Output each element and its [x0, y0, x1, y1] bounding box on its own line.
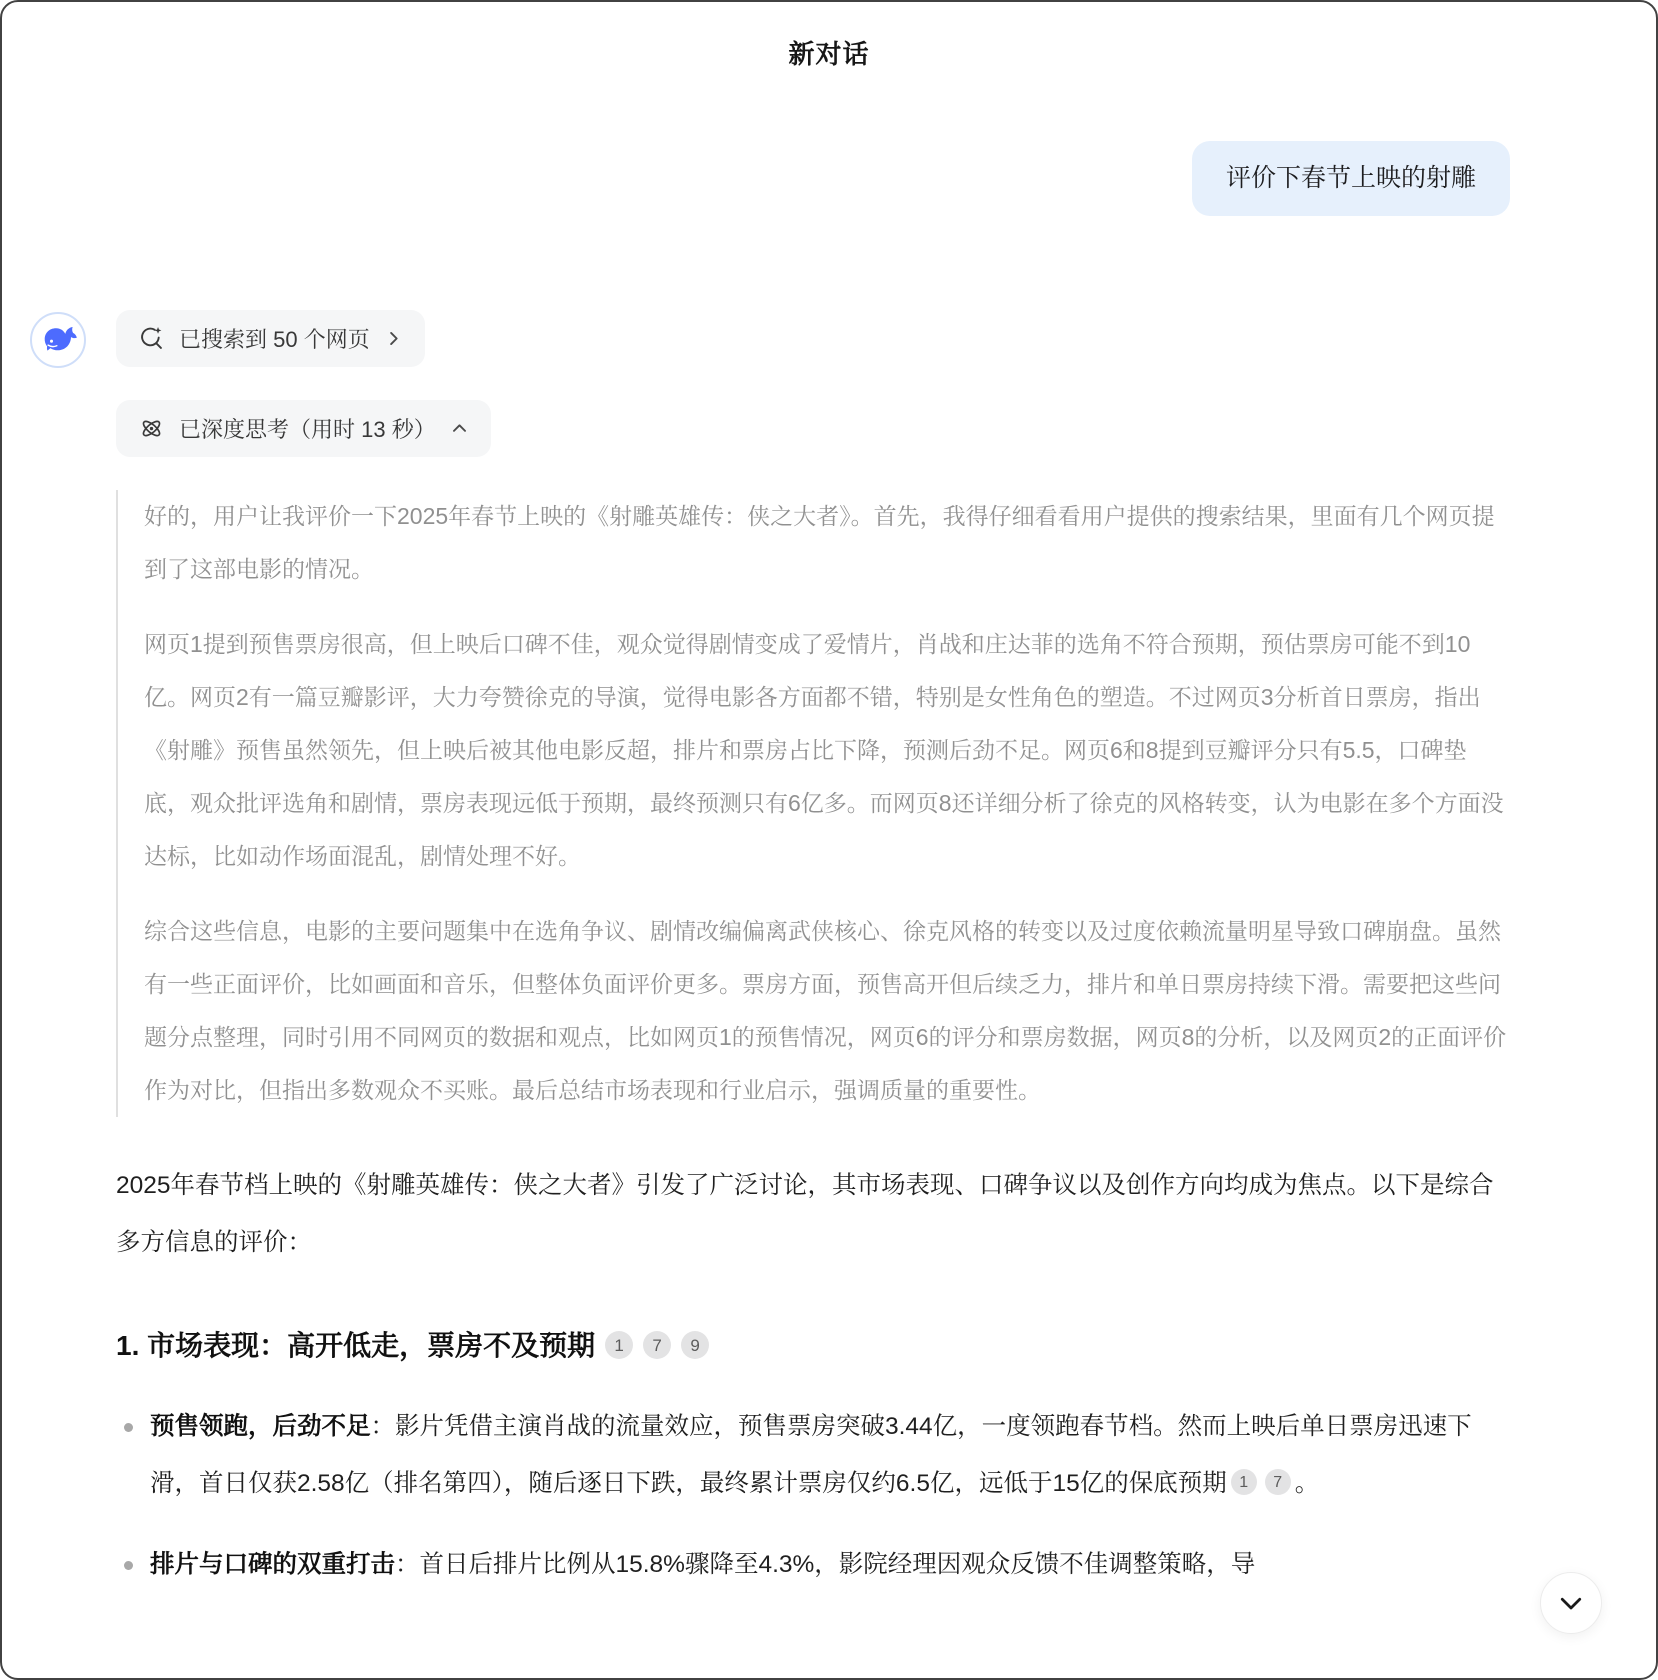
bullet-bold-text: 排片与口碑的双重打击: [150, 1551, 395, 1578]
thinking-paragraph: 综合这些信息，电影的主要问题集中在选角争议、剧情改编偏离武侠核心、徐克风格的转变…: [144, 905, 1510, 1117]
assistant-content: 已搜索到 50 个网页 已深度思考（用时 13 秒）: [116, 310, 1510, 1593]
user-message-row: 评价下春节上映的射雕: [2, 141, 1656, 216]
citation-badge[interactable]: 9: [681, 1331, 709, 1359]
thinking-paragraph: 网页1提到预售票房很高，但上映后口碑不佳，观众觉得剧情变成了爱情片，肖战和庄达菲…: [144, 618, 1510, 883]
chevron-up-icon: [450, 419, 469, 438]
web-search-icon: [138, 325, 165, 352]
think-pill-row: 已深度思考（用时 13 秒）: [116, 400, 1510, 457]
answer-intro: 2025年春节档上映的《射雕英雄传：侠之大者》引发了广泛讨论，其市场表现、口碑争…: [116, 1157, 1510, 1271]
search-pill-row: 已搜索到 50 个网页: [116, 310, 1510, 367]
chat-window: 新对话 评价下春节上映的射雕 已搜索到 50 个网页: [0, 0, 1658, 1680]
chevron-down-icon: [1556, 1588, 1586, 1618]
citation-badge[interactable]: 7: [643, 1331, 671, 1359]
assistant-avatar: [30, 312, 86, 368]
section-heading-text: 1. 市场表现：高开低走，票房不及预期: [116, 1317, 595, 1374]
chevron-right-icon: [384, 329, 403, 348]
section-heading: 1. 市场表现：高开低走，票房不及预期 1 7 9: [116, 1317, 1510, 1374]
bullet-body-text: ：首日后排片比例从15.8%骤降至4.3%，影院经理因观众反馈不佳调整策略，导: [395, 1551, 1255, 1578]
deepseek-whale-icon: [39, 321, 77, 359]
thinking-paragraph: 好的，用户让我评价一下2025年春节上映的《射雕英雄传：侠之大者》。首先，我得仔…: [144, 490, 1510, 596]
search-pill-label: 已搜索到 50 个网页: [179, 323, 370, 354]
deep-think-toggle[interactable]: 已深度思考（用时 13 秒）: [116, 400, 491, 457]
citation-badge[interactable]: 7: [1265, 1469, 1291, 1495]
search-results-toggle[interactable]: 已搜索到 50 个网页: [116, 310, 425, 367]
page-title: 新对话: [2, 34, 1656, 71]
scroll-to-bottom-button[interactable]: [1540, 1572, 1602, 1634]
assistant-message: 已搜索到 50 个网页 已深度思考（用时 13 秒）: [2, 310, 1656, 1593]
bullet-list: 预售领跑，后劲不足：影片凭借主演肖战的流量效应，预售票房突破3.44亿，一度领跑…: [116, 1398, 1510, 1593]
citation-badge[interactable]: 1: [605, 1331, 633, 1359]
answer-block: 2025年春节档上映的《射雕英雄传：侠之大者》引发了广泛讨论，其市场表现、口碑争…: [116, 1157, 1510, 1593]
bullet-suffix: 。: [1295, 1470, 1320, 1497]
bullet-screening: 排片与口碑的双重打击：首日后排片比例从15.8%骤降至4.3%，影院经理因观众反…: [150, 1536, 1510, 1593]
bullet-bold-text: 预售领跑，后劲不足: [150, 1413, 371, 1440]
bullet-presale: 预售领跑，后劲不足：影片凭借主演肖战的流量效应，预售票房突破3.44亿，一度领跑…: [150, 1398, 1510, 1512]
citation-badge[interactable]: 1: [1231, 1469, 1257, 1495]
think-pill-label: 已深度思考（用时 13 秒）: [179, 413, 436, 444]
user-message-bubble: 评价下春节上映的射雕: [1192, 141, 1510, 216]
atom-icon: [138, 415, 165, 442]
thinking-block: 好的，用户让我评价一下2025年春节上映的《射雕英雄传：侠之大者》。首先，我得仔…: [116, 490, 1510, 1117]
